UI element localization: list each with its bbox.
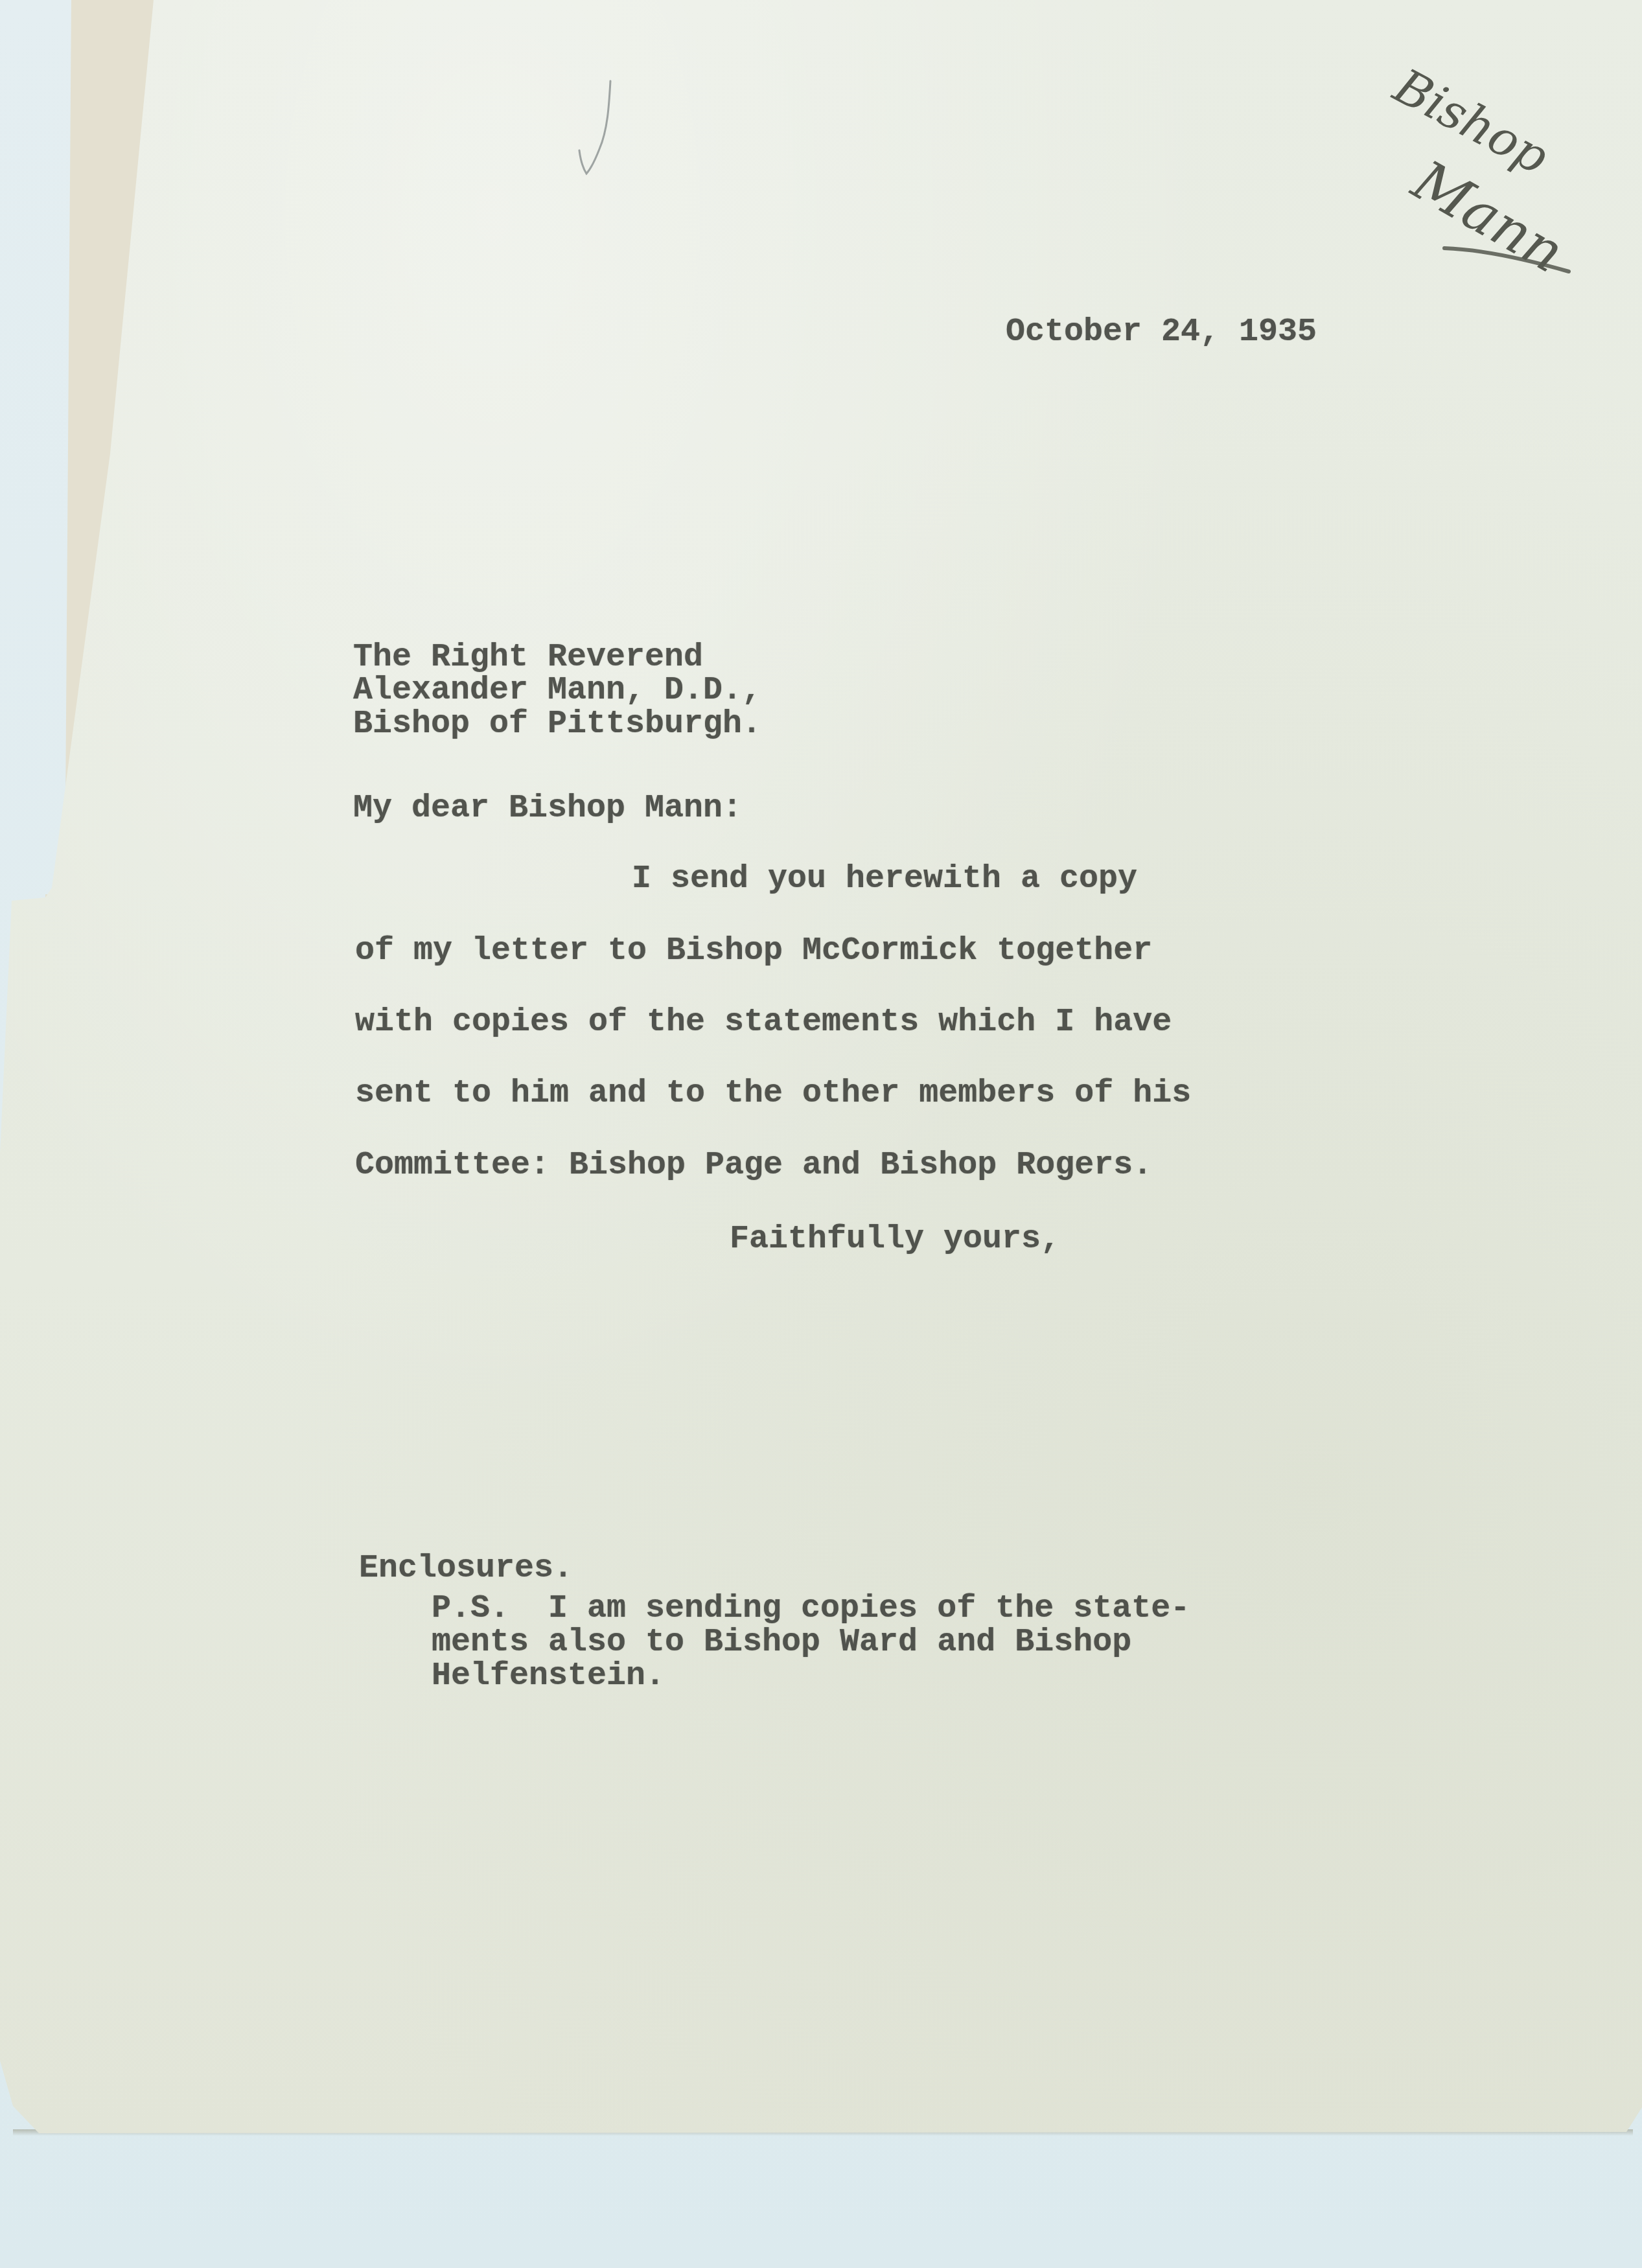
postscript-line-1: P.S. I am sending copies of the state- [432,1593,1190,1625]
body-line-5: Committee: Bishop Page and Bishop Rogers… [355,1150,1152,1182]
pencil-check-icon [570,78,616,181]
letter-page: Bishop Mann October 24, 1935 The Right R… [0,0,1642,2133]
recipient-line-1: The Right Reverend [353,642,703,674]
closing: Faithfully yours, [730,1223,1060,1256]
body-line-4: sent to him and to the other members of … [355,1078,1191,1110]
handwritten-underline-icon [1442,243,1571,282]
postscript-line-2: ments also to Bishop Ward and Bishop [432,1626,1131,1659]
handwritten-annotation-line-1: Bishop [1387,62,1555,181]
enclosures-note: Enclosures. [359,1553,573,1585]
salutation: My dear Bishop Mann: [353,793,742,825]
letter-date: October 24, 1935 [1006,316,1317,349]
recipient-line-3: Bishop of Pittsburgh. [353,708,761,741]
recipient-line-2: Alexander Mann, D.D., [353,675,761,707]
body-line-1: I send you herewith a copy [632,863,1137,896]
body-line-3: with copies of the statements which I ha… [355,1006,1172,1039]
body-line-2: of my letter to Bishop McCormick togethe… [355,935,1152,967]
postscript-line-3: Helfenstein. [432,1660,665,1693]
